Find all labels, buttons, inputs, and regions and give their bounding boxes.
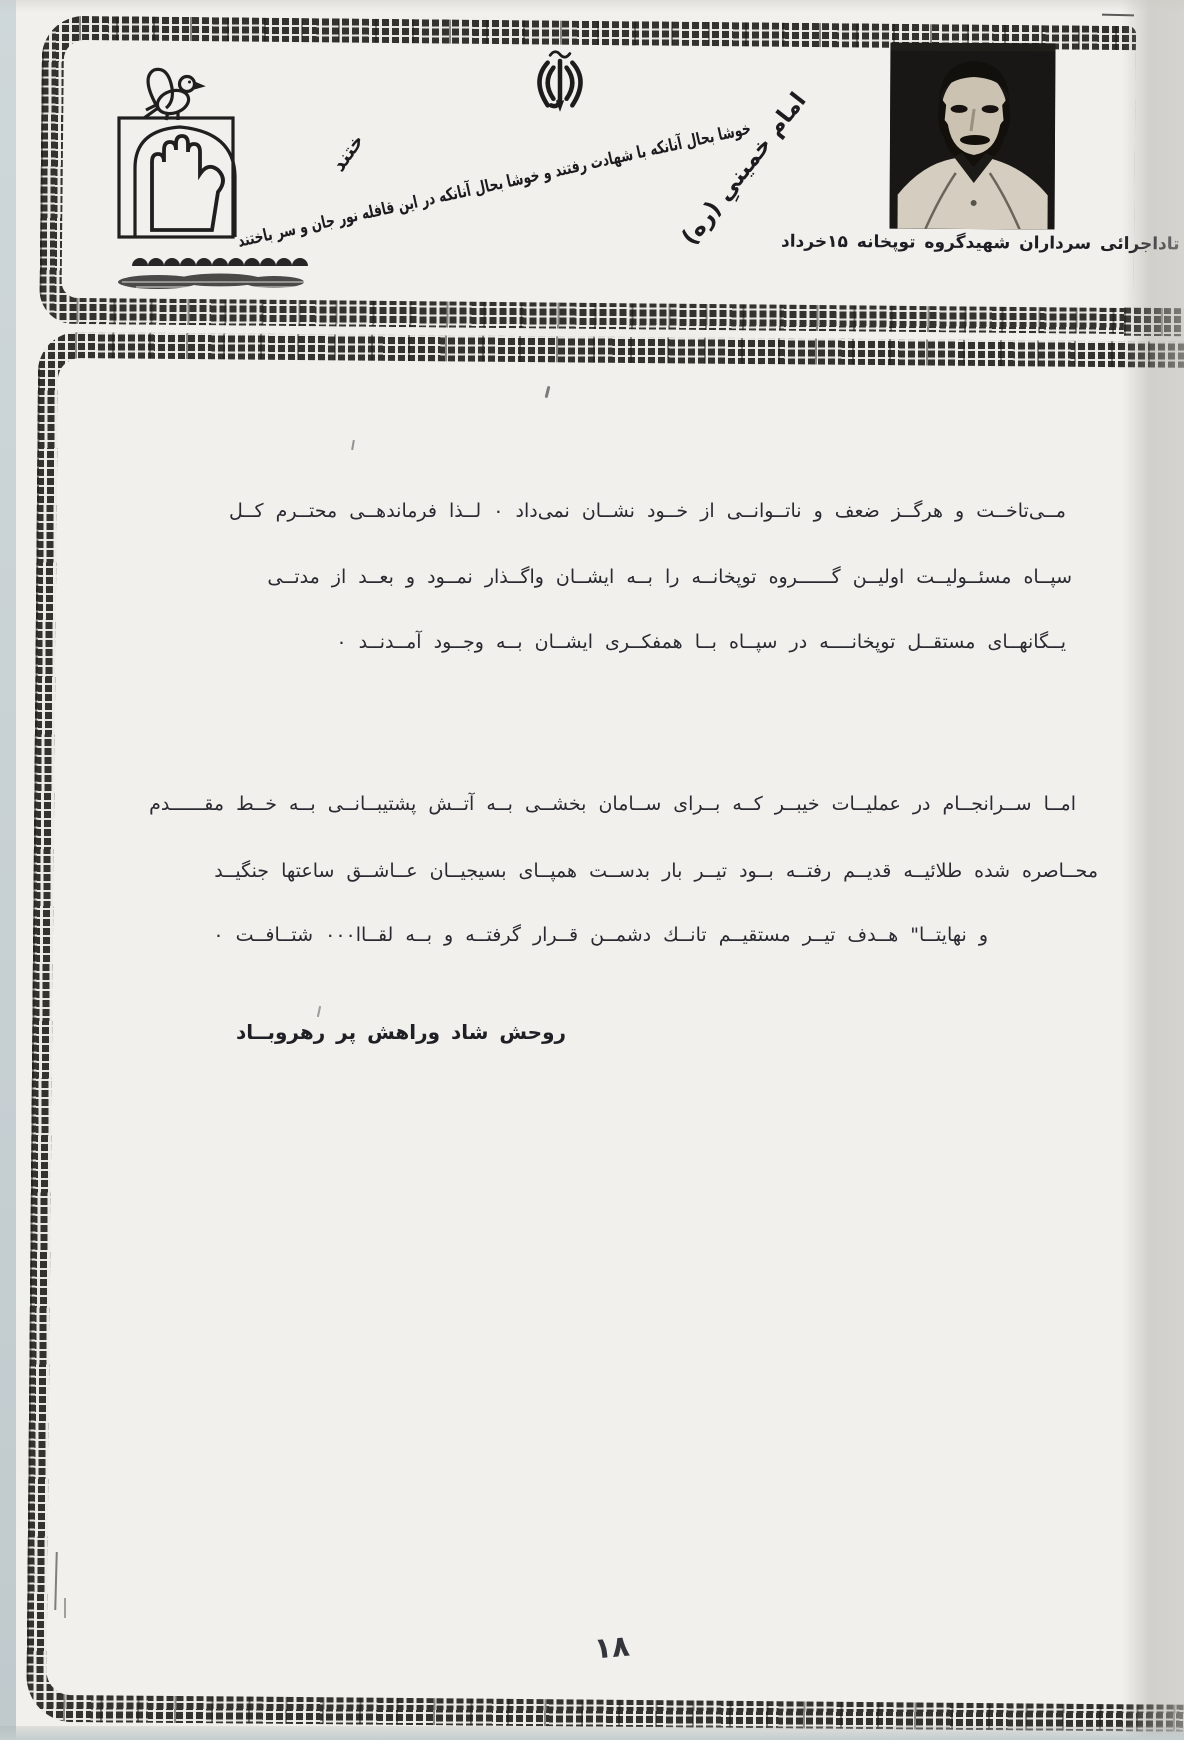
body-frame-paper	[46, 358, 1184, 1705]
martyrs-memorial-emblem	[96, 58, 326, 303]
body-text-line: مــی‌تاخــت و هرگــز ضعف و ناتــوانــی ا…	[229, 500, 1066, 522]
unit-caption: تاداجرائی سرداران شهیدگروه توپخانه ۱۵خرد…	[781, 232, 1180, 255]
martyr-portrait-photo	[890, 43, 1056, 230]
iran-national-emblem-icon	[528, 44, 592, 124]
dove-icon	[144, 69, 201, 120]
body-frame-border	[26, 332, 1184, 1733]
closing-blessing: روحش شاد وراهش پر رهروبــاد	[236, 1020, 566, 1044]
scanned-document-page: امام خمینیِ (ره) خوشا بحال آنانکه با شها…	[0, 0, 1184, 1740]
body-text-line: محــاصره شده طلائیــه قدیــم رفتــه بــو…	[214, 860, 1098, 882]
body-text-line: سپــاه مسئــولیــت اولیــن گــــــروه تو…	[267, 566, 1072, 588]
page-number: ۱۸	[593, 1629, 631, 1666]
body-text-line: و نهایتــا" هــدف تیــر مستقیــم تانــك …	[213, 924, 988, 946]
body-text-line: یــگانهــای مستقــل توپخانــــه در سپــا…	[336, 631, 1066, 653]
scan-artifact	[64, 1598, 66, 1618]
hand-icon	[152, 136, 223, 230]
header-frame-border-extension	[1124, 308, 1184, 337]
dove-eye-icon	[188, 81, 191, 84]
body-text-line: امــا ســرانجــام در عملیــات خیبــر کــ…	[149, 793, 1076, 815]
